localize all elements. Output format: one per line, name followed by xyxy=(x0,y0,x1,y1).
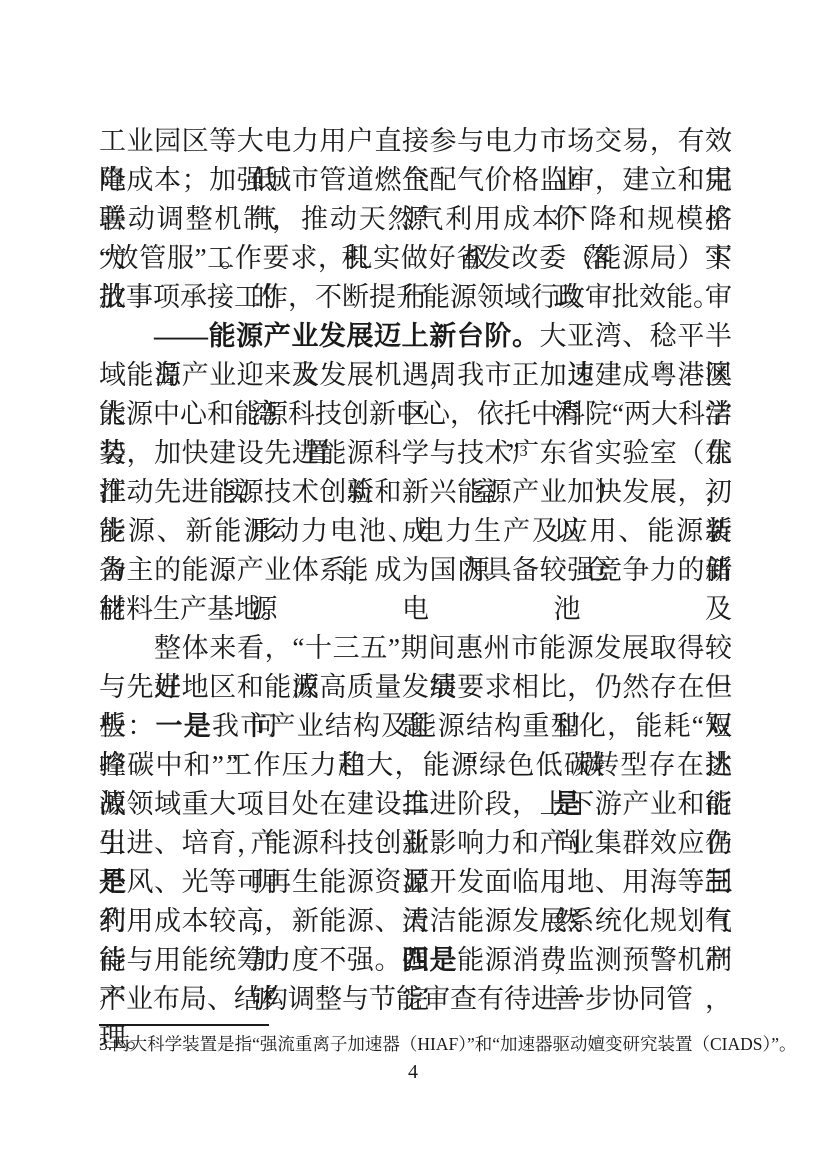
body-line: 能源中心和能源科技创新中心，依托中科院“两大科学装置”3优 xyxy=(99,395,732,434)
body-line: 利用成本较高，新能源、清洁能源发展系统化规划有待加强，产 xyxy=(99,902,732,941)
body-line: 能与用能统筹力度不强。四是能源消费监测预警机制不够完善， xyxy=(99,941,732,980)
body-line: 为主的能源产业体系，成为国内具备较强竞争力的新能源电池及 xyxy=(99,551,732,590)
body-line: 域能源产业迎来大发展机遇，我市正加速建成粤港澳大湾区清洁 xyxy=(99,356,732,395)
body-line: 产业布局、结构调整与节能审查有待进一步协同管理。 xyxy=(99,980,732,1019)
emphasis-text: ——能源产业发展迈上新台阶。 xyxy=(154,321,540,351)
footnote-text: 3.两大科学装置是指“强流重离子加速器（HIAF）”和“加速器驱动嬗变研究装置（… xyxy=(99,1034,797,1054)
footnote-separator xyxy=(99,1024,269,1026)
body-line: 是风、光等可再生能源资源开发面临用地、用海等制约，天然气 xyxy=(99,863,732,902)
body-line: 与先进地区和能源高质量发展要求相比，仍然存在一些问题和短 xyxy=(99,668,732,707)
body-line: 板：一是我市产业结构及能源结构重型化，能耗“双控”和“碳达 xyxy=(99,707,732,746)
body-line: 势，加快建设先进能源科学与技术广东省实验室（东江实验室）， xyxy=(99,434,732,473)
body-text-segment: 批事项承接工作，不断提升能源领域行政审批效能。 xyxy=(99,282,720,312)
emphasis-text: 一是 xyxy=(155,711,211,741)
body-text-segment: 能与用能统筹力度不强。 xyxy=(99,945,402,975)
body-text-segment: 板： xyxy=(99,711,155,741)
body-line: 批事项承接工作，不断提升能源领域行政审批效能。 xyxy=(99,278,732,317)
body-line: 峰碳中和”工作压力趋大，能源绿色低碳转型存在挑战。二是能 xyxy=(99,746,732,785)
emphasis-text: 四是 xyxy=(402,945,457,975)
page-number: 4 xyxy=(0,1058,826,1086)
body-line: 联动调整机制，推动天然气利用成本下降和规模扩大。积极落实 xyxy=(99,200,732,239)
body-line: 整体来看，“十三五”期间惠州市能源发展取得较好成绩，但 xyxy=(99,629,732,668)
document-page: 工业园区等大电力用户直接参与电力市场交易，有效降低企业用电成本；加强城市管道燃气… xyxy=(0,0,826,1169)
body-line: ——能源产业发展迈上新台阶。大亚湾、稔平半岛及周边区 xyxy=(99,317,732,356)
body-line: 工业园区等大电力用户直接参与电力市场交易，有效降低企业用 xyxy=(99,122,732,161)
body-line: “放管服”工作要求，扎实做好省发改委（能源局）下放的行政审 xyxy=(99,239,732,278)
body-line: 能源、新能源动力电池、电力生产及应用、能源装备、能源仓储 xyxy=(99,512,732,551)
footnote: 3.两大科学装置是指“强流重离子加速器（HIAF）”和“加速器驱动嬗变研究装置（… xyxy=(99,1031,759,1057)
emphasis-text: 是 xyxy=(99,867,127,897)
body-line: 电成本；加强城市管道燃气配气价格监审，建立和完善气源价格 xyxy=(99,161,732,200)
body-text: 工业园区等大电力用户直接参与电力市场交易，有效降低企业用电成本；加强城市管道燃气… xyxy=(99,122,732,1019)
body-line: 源领域重大项目处在建设推进阶段，上下游产业和衍生产业尚在 xyxy=(99,785,732,824)
body-text-segment: 材料生产基地。 xyxy=(99,594,288,624)
body-line: 引进、培育，能源科技创新影响力和产业集群效应仍不明显。三 xyxy=(99,824,732,863)
body-line: 推动先进能源技术创新和新兴能源产业加快发展，初步形成以新 xyxy=(99,473,732,512)
